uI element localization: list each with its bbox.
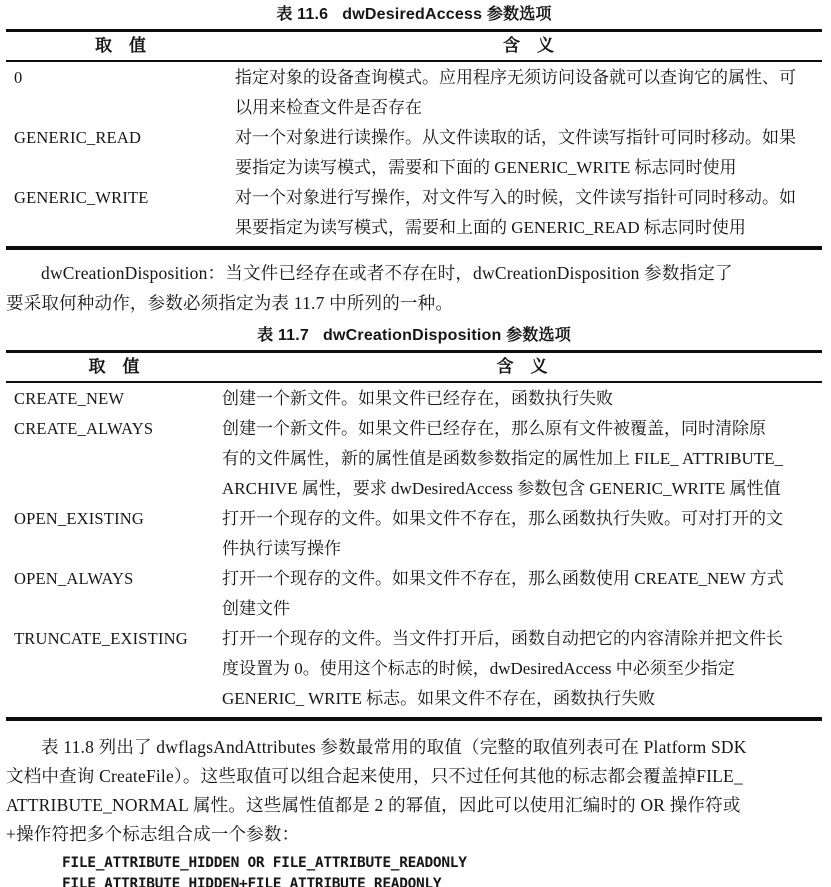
table-11-7: 取 值 含 义 CREATE_NEW 创建一个新文件。如果文件已经存在，函数执行…: [6, 350, 822, 721]
value-cell: GENERIC_READ: [6, 123, 235, 183]
meaning-cell: 打开一个现存的文件。当文件打开后，函数自动把它的内容清除并把文件长 度设置为 0…: [222, 624, 822, 714]
meaning-cell: 指定对象的设备查询模式。应用程序无须访问设备就可以查询它的属性、可 以用来检查文…: [235, 63, 822, 123]
table-11-6-header-meaning: 含 义: [235, 35, 822, 57]
table-11-7-header-row: 取 值 含 义: [6, 353, 822, 383]
table-row-open-existing: OPEN_EXISTING 打开一个现存的文件。如果文件不存在，那么函数执行失败…: [6, 504, 822, 564]
value-cell: GENERIC_WRITE: [6, 183, 235, 243]
table-11-6: 取 值 含 义 0 指定对象的设备查询模式。应用程序无须访问设备就可以查询它的属…: [6, 29, 822, 250]
table-11-6-title: dwDesiredAccess 参数选项: [342, 6, 551, 23]
value-cell: 0: [6, 63, 235, 123]
table-11-7-header-meaning: 含 义: [222, 356, 822, 378]
meaning-cell: 对一个对象进行写操作，对文件写入的时候，文件读写指针可同时移动。如 果要指定为读…: [235, 183, 822, 243]
table-11-7-header-value: 取 值: [6, 356, 222, 378]
value-cell: TRUNCATE_EXISTING: [6, 624, 222, 714]
paragraph-dwflagsandattributes: 表 11.8 列出了 dwflagsAndAttributes 参数最常用的取值…: [6, 733, 822, 849]
value-cell: OPEN_EXISTING: [6, 504, 222, 564]
table-row-generic-write: GENERIC_WRITE 对一个对象进行写操作，对文件写入的时候，文件读写指针…: [6, 183, 822, 243]
table-11-7-caption: 表 11.7dwCreationDisposition 参数选项: [6, 326, 822, 346]
table-11-6-number: 表 11.6: [276, 6, 328, 23]
meaning-cell: 创建一个新文件。如果文件已经存在，那么原有文件被覆盖，同时清除原 有的文件属性，…: [222, 414, 822, 504]
table-11-7-number: 表 11.7: [257, 327, 309, 344]
table-row-zero: 0 指定对象的设备查询模式。应用程序无须访问设备就可以查询它的属性、可 以用来检…: [6, 63, 822, 123]
meaning-cell: 创建一个新文件。如果文件已经存在，函数执行失败: [222, 384, 822, 414]
meaning-cell: 打开一个现存的文件。如果文件不存在，那么函数执行失败。可对打开的文 件执行读写操…: [222, 504, 822, 564]
table-row-generic-read: GENERIC_READ 对一个对象进行读操作。从文件读取的话，文件读写指针可同…: [6, 123, 822, 183]
paragraph-dwcreationdisposition: dwCreationDisposition：当文件已经存在或者不存在时，dwCr…: [6, 258, 822, 318]
table-row-truncate-existing: TRUNCATE_EXISTING 打开一个现存的文件。当文件打开后，函数自动把…: [6, 624, 822, 714]
meaning-cell: 对一个对象进行读操作。从文件读取的话，文件读写指针可同时移动。如果 要指定为读写…: [235, 123, 822, 183]
table-11-7-title: dwCreationDisposition 参数选项: [323, 327, 571, 344]
book-page: 表 11.6dwDesiredAccess 参数选项 取 值 含 义 0 指定对…: [0, 0, 831, 887]
value-cell: CREATE_NEW: [6, 384, 222, 414]
code-line-or: FILE_ATTRIBUTE_HIDDEN OR FILE_ATTRIBUTE_…: [62, 853, 822, 874]
table-row-create-new: CREATE_NEW 创建一个新文件。如果文件已经存在，函数执行失败: [6, 384, 822, 414]
table-11-6-caption: 表 11.6dwDesiredAccess 参数选项: [6, 5, 822, 25]
table-row-open-always: OPEN_ALWAYS 打开一个现存的文件。如果文件不存在，那么函数使用 CRE…: [6, 564, 822, 624]
value-cell: CREATE_ALWAYS: [6, 414, 222, 504]
table-11-6-header-row: 取 值 含 义: [6, 32, 822, 62]
value-cell: OPEN_ALWAYS: [6, 564, 222, 624]
code-line-plus: FILE_ATTRIBUTE_HIDDEN+FILE_ATTRIBUTE_REA…: [62, 874, 822, 887]
table-11-7-body: CREATE_NEW 创建一个新文件。如果文件已经存在，函数执行失败 CREAT…: [6, 383, 822, 717]
table-11-6-header-value: 取 值: [6, 35, 235, 57]
code-block: FILE_ATTRIBUTE_HIDDEN OR FILE_ATTRIBUTE_…: [62, 853, 822, 887]
table-11-6-body: 0 指定对象的设备查询模式。应用程序无须访问设备就可以查询它的属性、可 以用来检…: [6, 62, 822, 246]
table-row-create-always: CREATE_ALWAYS 创建一个新文件。如果文件已经存在，那么原有文件被覆盖…: [6, 414, 822, 504]
meaning-cell: 打开一个现存的文件。如果文件不存在，那么函数使用 CREATE_NEW 方式 创…: [222, 564, 822, 624]
